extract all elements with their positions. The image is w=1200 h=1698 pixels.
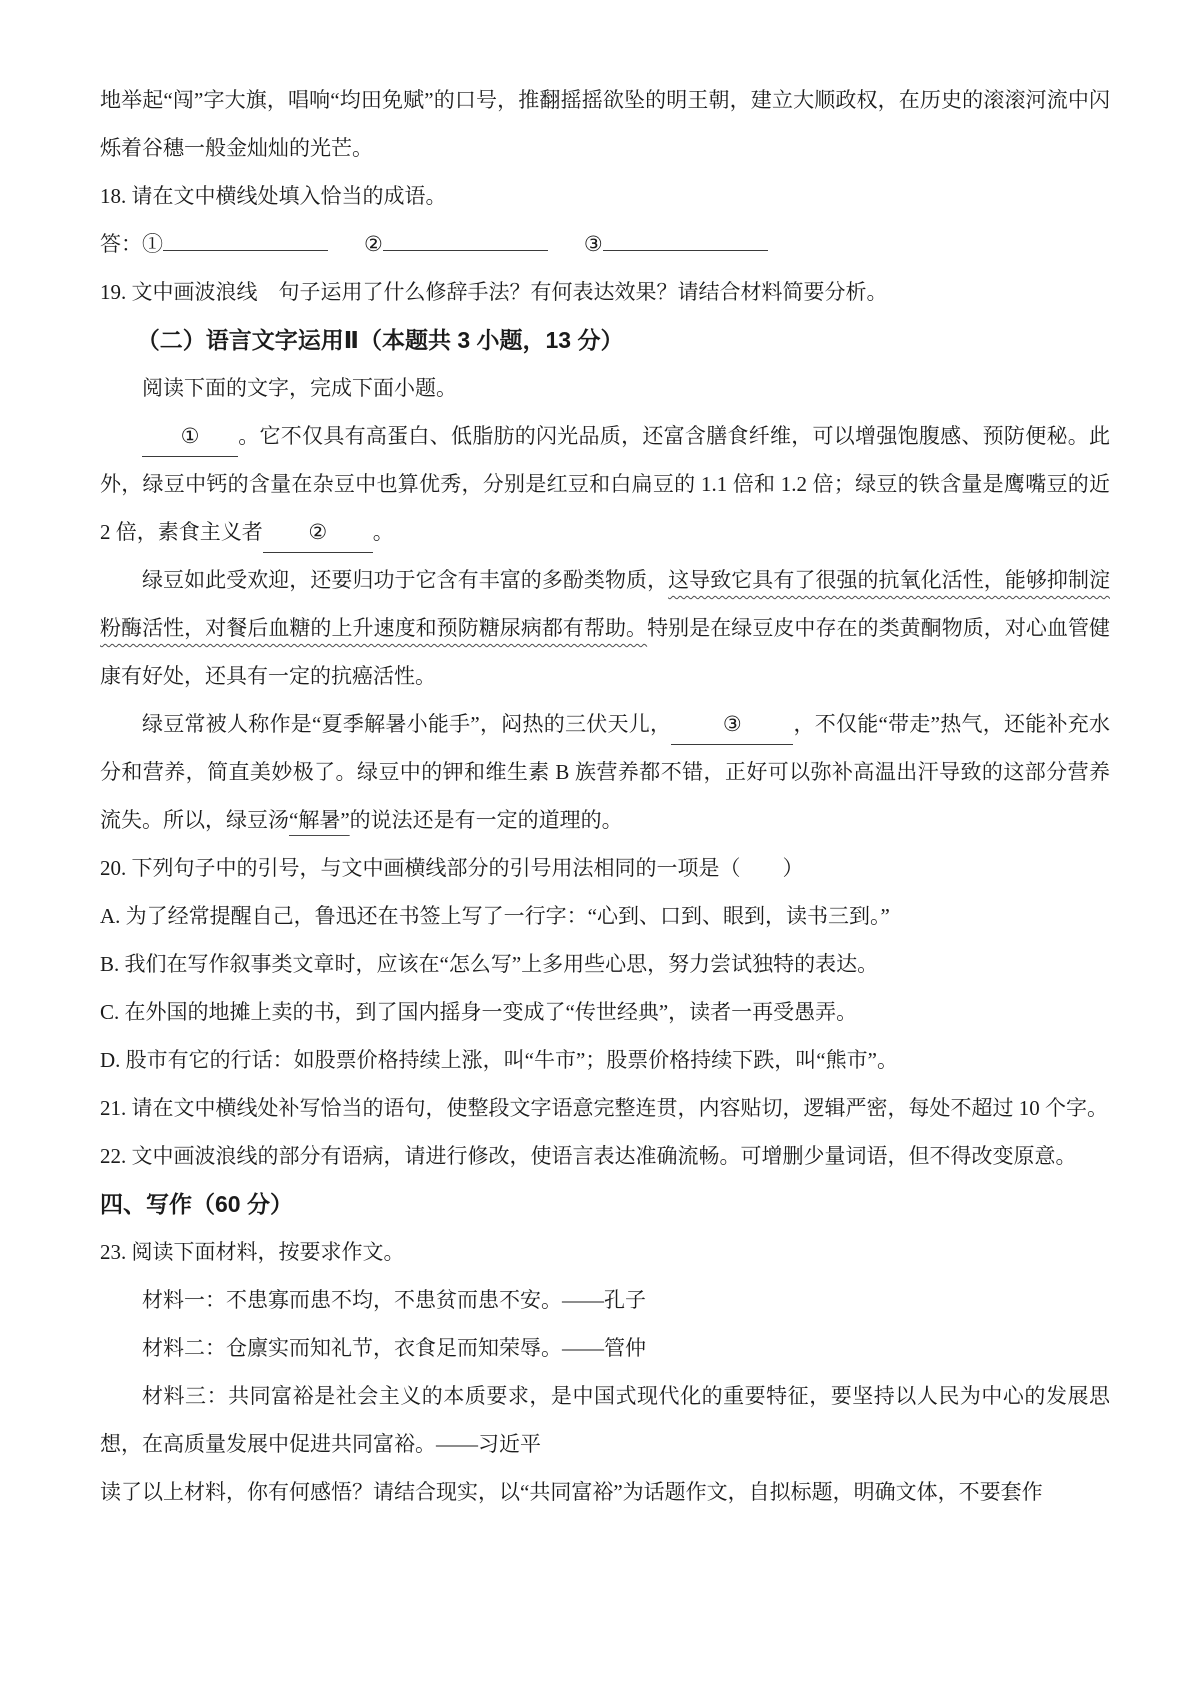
paragraph: ①。它不仅具有高蛋白、低脂肪的闪光品质，还富含膳食纤维，可以增强饱腹感、预防便秘…: [100, 412, 1110, 556]
section-heading: （二）语言文字运用Ⅱ（本题共 3 小题，13 分）: [100, 316, 1110, 364]
paragraph: 20. 下列句子中的引号，与文中画横线部分的引号用法相同的一项是（ ）: [100, 844, 1110, 892]
paragraph: 材料三：共同富裕是社会主义的本质要求，是中国式现代化的重要特征，要坚持以人民为中…: [100, 1372, 1110, 1468]
paragraph: B. 我们在写作叙事类文章时，应该在“怎么写”上多用些心思，努力尝试独特的表达。: [100, 940, 1110, 988]
answer-blank: ①: [142, 232, 328, 256]
text-run: 19. 文中画波浪线 句子运用了什么修辞手法？有何表达效果？请结合材料简要分析。: [100, 280, 888, 304]
text-run: 阅读下面的文字，完成下面小题。: [142, 376, 457, 400]
text-run: 四、写作（60 分）: [100, 1191, 293, 1217]
section-heading: 四、写作（60 分）: [100, 1180, 1110, 1228]
text-run: 绿豆常被人称作是“夏季解暑小能手”，闷热的三伏天儿，: [142, 712, 671, 736]
paragraph: 地举起“闯”字大旗，唱响“均田免赋”的口号，推翻摇摇欲坠的明王朝，建立大顺政权，…: [100, 76, 1110, 172]
text-run: A. 为了经常提醒自己，鲁迅还在书签上写了一行字：“心到、口到、眼到，读书三到。…: [100, 904, 890, 928]
circled-number: ①: [142, 232, 163, 256]
paragraph: 材料一：不患寡而患不均，不患贫而患不安。——孔子: [100, 1276, 1110, 1324]
paragraph: 18. 请在文中横线处填入恰当的成语。: [100, 172, 1110, 220]
text-run: 材料三：共同富裕是社会主义的本质要求，是中国式现代化的重要特征，要坚持以人民为中…: [100, 1384, 1110, 1456]
paragraph: 绿豆常被人称作是“夏季解暑小能手”，闷热的三伏天儿，③，不仅能“带走”热气，还能…: [100, 700, 1110, 844]
text-run: 地举起“闯”字大旗，唱响“均田免赋”的口号，推翻摇摇欲坠的明王朝，建立大顺政权，…: [100, 88, 1110, 160]
text-run: 21. 请在文中横线处补写恰当的语句，使整段文字语意完整连贯，内容贴切，逻辑严密…: [100, 1096, 1108, 1120]
blank-field: ③: [671, 704, 793, 745]
paragraph: 绿豆如此受欢迎，还要归功于它含有丰富的多酚类物质，这导致它具有了很强的抗氧化活性…: [100, 556, 1110, 700]
paragraph: 阅读下面的文字，完成下面小题。: [100, 364, 1110, 412]
blank-underline: [163, 246, 328, 251]
paragraph: 读了以上材料，你有何感悟？请结合现实，以“共同富裕”为话题作文，自拟标题，明确文…: [100, 1468, 1110, 1516]
text-run: 的说法还是有一定的道理的。: [350, 808, 623, 832]
text-run: 绿豆如此受欢迎，还要归功于它含有丰富的多酚类物质，: [142, 568, 668, 592]
text-run: 读了以上材料，你有何感悟？请结合现实，以“共同富裕”为话题作文，自拟标题，明确文…: [100, 1480, 1043, 1504]
paragraph: 22. 文中画波浪线的部分有语病，请进行修改，使语言表达准确流畅。可增删少量词语…: [100, 1132, 1110, 1180]
text-run: （二）语言文字运用Ⅱ（本题共 3 小题，13 分）: [137, 327, 624, 353]
paragraph: 23. 阅读下面材料，按要求作文。: [100, 1228, 1110, 1276]
document-page: 地举起“闯”字大旗，唱响“均田免赋”的口号，推翻摇摇欲坠的明王朝，建立大顺政权，…: [0, 0, 1200, 1698]
answer-blank: ②: [364, 232, 548, 256]
paragraph: D. 股市有它的行话：如股票价格持续上涨，叫“牛市”；股票价格持续下跌，叫“熊市…: [100, 1036, 1110, 1084]
paragraph: 19. 文中画波浪线 句子运用了什么修辞手法？有何表达效果？请结合材料简要分析。: [100, 268, 1110, 316]
blank-underline: [603, 246, 768, 251]
text-run: C. 在外国的地摊上卖的书，到了国内摇身一变成了“传世经典”，读者一再受愚弄。: [100, 1000, 857, 1024]
blank-field: ①: [142, 416, 238, 457]
text-run: D. 股市有它的行话：如股票价格持续上涨，叫“牛市”；股票价格持续下跌，叫“熊市…: [100, 1048, 898, 1072]
paragraph: 材料二：仓廪实而知礼节，衣食足而知荣辱。——管仲: [100, 1324, 1110, 1372]
text-run: B. 我们在写作叙事类文章时，应该在“怎么写”上多用些心思，努力尝试独特的表达。: [100, 952, 878, 976]
text-run: 23. 阅读下面材料，按要求作文。: [100, 1240, 405, 1264]
text-run: 22. 文中画波浪线的部分有语病，请进行修改，使语言表达准确流畅。可增删少量词语…: [100, 1144, 1077, 1168]
text-run: 。它不仅具有高蛋白、低脂肪的闪光品质，还富含膳食纤维，可以增强饱腹感、预防便秘。…: [100, 424, 1110, 544]
paragraph: A. 为了经常提醒自己，鲁迅还在书签上写了一行字：“心到、口到、眼到，读书三到。…: [100, 892, 1110, 940]
paragraph: 21. 请在文中横线处补写恰当的语句，使整段文字语意完整连贯，内容贴切，逻辑严密…: [100, 1084, 1110, 1132]
underlined-text: “解暑”: [289, 808, 350, 832]
blank-underline: [383, 246, 548, 251]
paragraph: C. 在外国的地摊上卖的书，到了国内摇身一变成了“传世经典”，读者一再受愚弄。: [100, 988, 1110, 1036]
answer-line: 答：①②③: [100, 220, 1110, 268]
answer-label: 答：: [100, 232, 142, 256]
text-run: 20. 下列句子中的引号，与文中画横线部分的引号用法相同的一项是（ ）: [100, 856, 804, 880]
blank-field: ②: [263, 512, 373, 553]
text-run: 材料二：仓廪实而知礼节，衣食足而知荣辱。——管仲: [142, 1336, 646, 1360]
text-run: 18. 请在文中横线处填入恰当的成语。: [100, 184, 447, 208]
text-run: 。: [373, 520, 394, 544]
answer-blank: ③: [584, 232, 768, 256]
circled-number: ②: [364, 232, 383, 256]
text-run: 材料一：不患寡而患不均，不患贫而患不安。——孔子: [142, 1288, 646, 1312]
circled-number: ③: [584, 232, 603, 256]
